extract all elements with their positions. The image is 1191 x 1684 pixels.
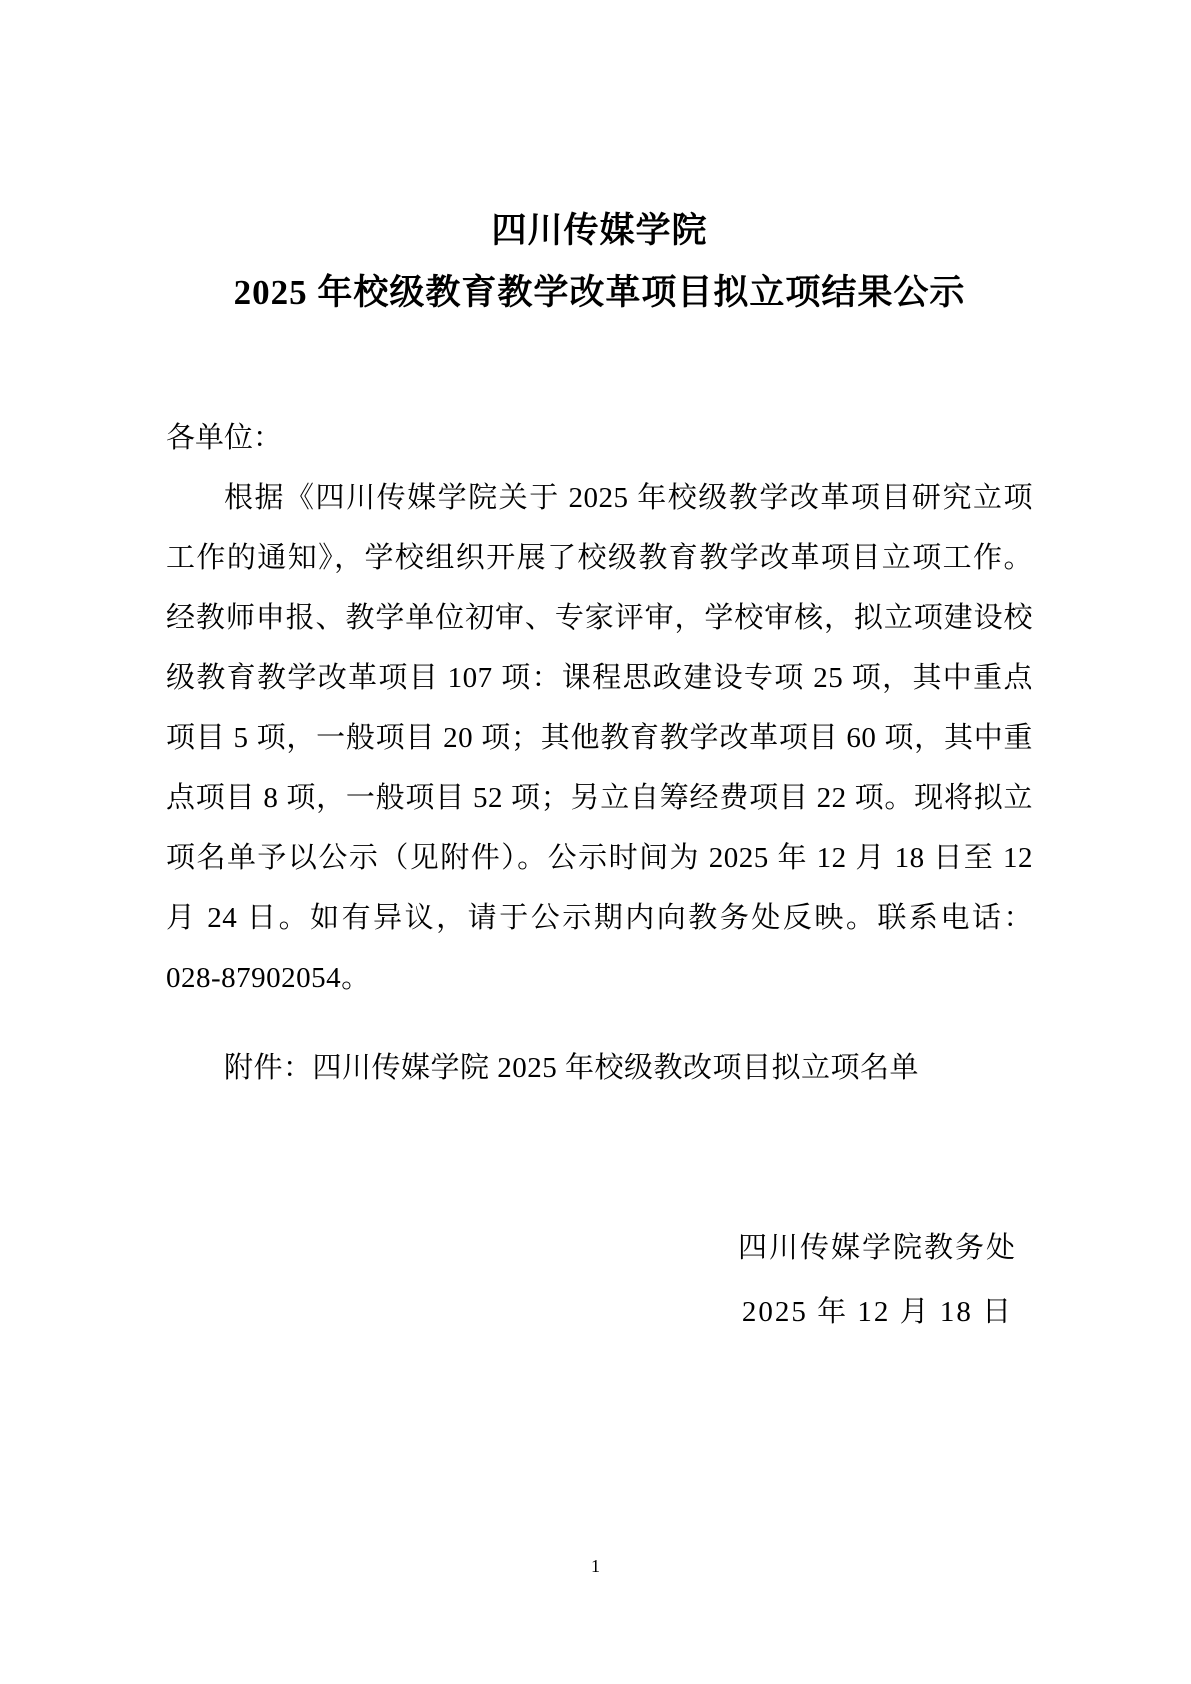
document-page: 四川传媒学院 2025 年校级教育教学改革项目拟立项结果公示 各单位： 根据《四… [0,0,1191,1684]
document-title-line2: 2025 年校级教育教学改革项目拟立项结果公示 [166,262,1033,324]
document-title-line1: 四川传媒学院 [166,200,1033,262]
body-paragraph: 根据《四川传媒学院关于 2025 年校级教学改革项目研究立项工作的通知》，学校组… [166,468,1033,1008]
signature-date: 2025 年 12 月 18 日 [738,1280,1017,1344]
page-number: 1 [0,1556,1191,1577]
signature-block: 四川传媒学院教务处 2025 年 12 月 18 日 [738,1216,1017,1344]
document-title: 四川传媒学院 2025 年校级教育教学改革项目拟立项结果公示 [166,200,1033,324]
document-content: 四川传媒学院 2025 年校级教育教学改革项目拟立项结果公示 各单位： 根据《四… [166,200,1033,1344]
attachment-line: 附件：四川传媒学院 2025 年校级教改项目拟立项名单 [166,1038,1033,1098]
signature-department: 四川传媒学院教务处 [738,1216,1017,1280]
salutation: 各单位： [166,408,1033,468]
